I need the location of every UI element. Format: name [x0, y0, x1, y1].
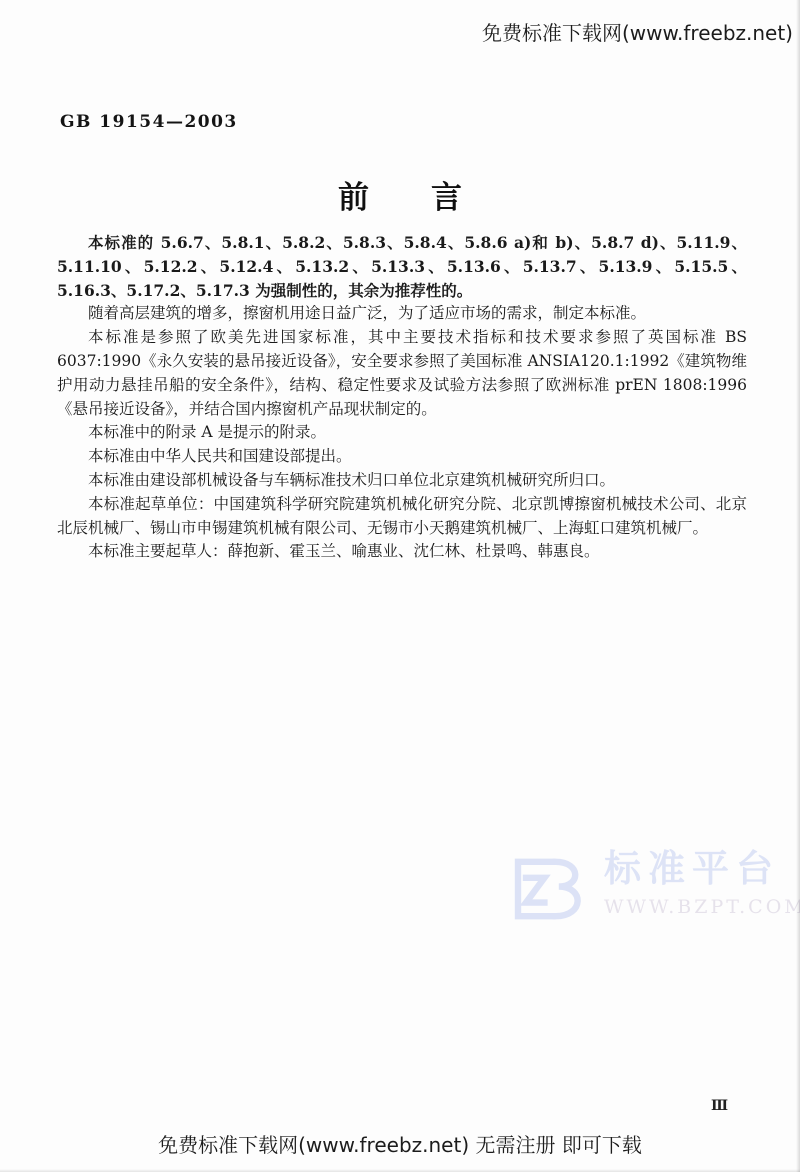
header-watermark-text: 免费标准下载网(www.freebz.net)	[482, 17, 793, 46]
paragraph-appendix: 本标准中的附录 A 是提示的附录。	[57, 421, 747, 445]
bzpt-url: WWW.BZPT.COM	[604, 896, 800, 918]
scanned-document-page: 免费标准下载网(www.freebz.net) GB 19154—2003 前 …	[0, 0, 800, 1172]
paragraph-proposed-by: 本标准由中华人民共和国建设部提出。	[57, 445, 747, 469]
footer-watermark-text: 免费标准下载网(www.freebz.net) 无需注册 即可下载	[0, 1129, 800, 1158]
paragraph-purpose: 随着高层建筑的增多，擦窗机用途日益广泛，为了适应市场的需求，制定本标准。	[57, 302, 747, 326]
paragraph-drafters: 本标准主要起草人：薛抱新、霍玉兰、喻惠业、沈仁林、杜景鸣、韩惠良。	[57, 540, 747, 564]
page-title: 前 言	[0, 172, 800, 217]
paragraph-mandatory-clauses: 本标准的 5.6.7、5.8.1、5.8.2、5.8.3、5.8.4、5.8.6…	[57, 231, 747, 302]
paragraph-references: 本标准是参照了欧美先进国家标准，其中主要技术指标和技术要求参照了英国标准 BS …	[57, 326, 747, 421]
paragraph-centralized-by: 本标准由建设部机械设备与车辆标准技术归口单位北京建筑机械研究所归口。	[57, 469, 747, 493]
bzpt-watermark-text: 标准平台 WWW.BZPT.COM	[604, 846, 800, 918]
bzpt-name: 标准平台	[604, 846, 800, 892]
paragraph-drafting-organizations: 本标准起草单位：中国建筑科学研究院建筑机械化研究分院、北京凯博擦窗机械技术公司、…	[57, 493, 747, 541]
standard-code: GB 19154—2003	[60, 112, 238, 132]
foreword-body: 本标准的 5.6.7、5.8.1、5.8.2、5.8.3、5.8.4、5.8.6…	[57, 231, 747, 564]
scan-edge-right	[796, 0, 800, 1172]
page-number: Ⅲ	[711, 1098, 728, 1114]
bzpt-logo-icon	[506, 846, 594, 936]
bzpt-watermark: 标准平台 WWW.BZPT.COM	[506, 846, 800, 936]
